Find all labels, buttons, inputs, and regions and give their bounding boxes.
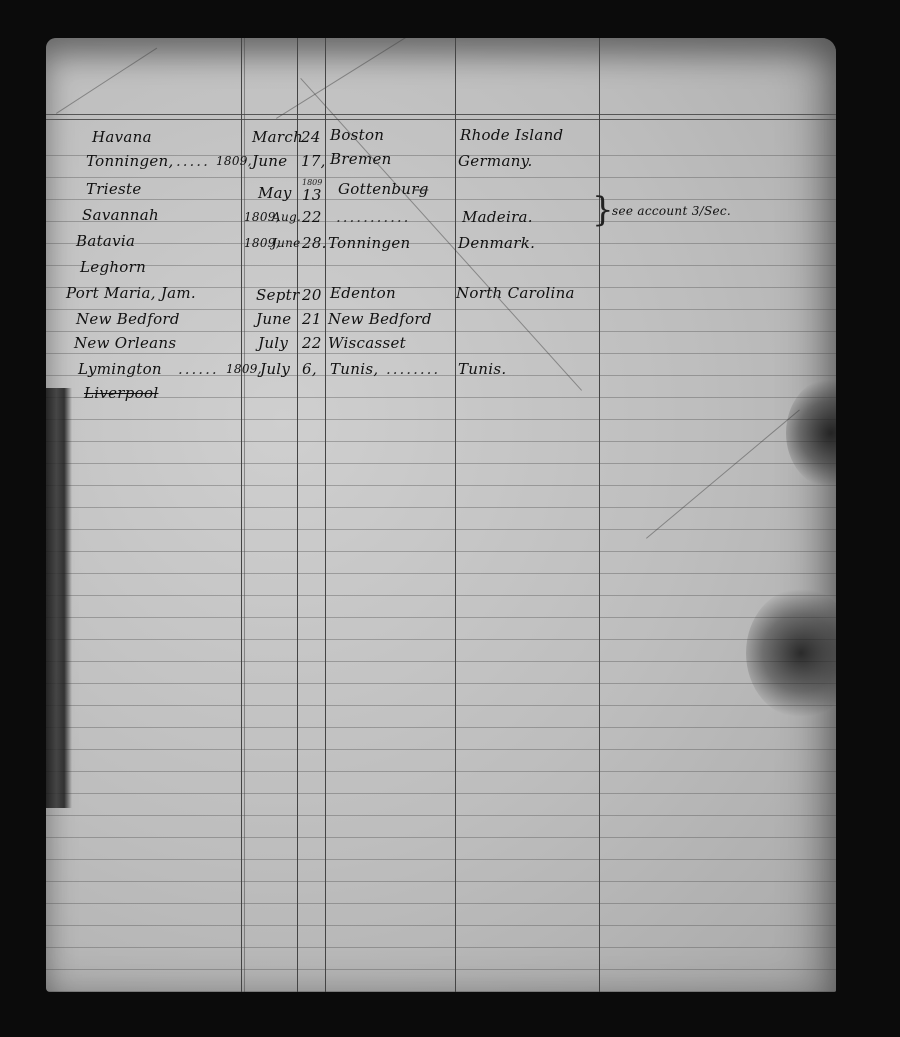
ledger-page: Havana March 24 Boston Rhode Island Tonn… [46,38,836,992]
column-rule-date-double [244,38,245,992]
diagonal-mark [56,48,157,114]
month-cell: Aug. [272,210,301,224]
day-cell: 6, [302,360,317,378]
day-cell: 21 [302,310,322,328]
region-cell: Rhode Island [460,126,563,144]
place-cell: Lymington [78,360,162,378]
header-rule [46,114,836,120]
day-cell: 17, [301,152,326,170]
leader-dots: ........... [336,208,410,226]
column-rule-port [325,38,326,992]
port-cell: Edenton [330,284,396,302]
year-cell: 1809, [216,154,252,168]
month-cell: July [258,334,288,352]
month-cell: Septr [256,286,299,304]
place-cell: Batavia [76,232,135,250]
month-cell: May [258,184,292,202]
place-cell: Tonningen, [86,152,174,170]
column-rule-day [297,38,298,992]
column-rule-region [455,38,456,992]
month-cell: June [272,236,301,250]
port-cell: Wiscasset [328,334,406,352]
place-cell: Havana [92,128,152,146]
month-cell: March [252,128,303,146]
day-cell: 20 [302,286,322,304]
region-cell: Madeira. [462,208,533,226]
place-cell: Leghorn [80,258,146,276]
region-cell: Tunis. [458,360,506,378]
month-cell: June [252,152,287,170]
day-cell: 22 [302,334,322,352]
leader-dots: ........ [386,360,440,378]
place-cell: Trieste [86,180,142,198]
place-cell: Savannah [82,206,159,224]
binding-strings [46,388,72,808]
brace-mark: } [592,190,614,230]
column-rule-date [241,38,242,992]
column-rule-remarks [599,38,600,992]
month-cell: June [256,310,291,328]
remarks-note: see account 3/Sec. [612,204,731,218]
leader-dots: ..... [176,152,210,170]
day-cell: 22 [302,208,322,226]
month-cell: July [260,360,290,378]
region-cell: Denmark. [458,234,535,252]
place-cell: New Bedford [76,310,180,328]
place-cell: New Orleans [74,334,176,352]
port-cell: Bremen [330,150,392,168]
year-cell: 1809, [226,362,262,376]
place-cell-struck: Liverpool [84,384,158,402]
day-cell: 13 [302,186,322,204]
place-cell: Port Maria, Jam. [66,284,196,302]
port-cell: Boston [330,126,384,144]
port-cell: Tunis, [330,360,378,378]
leader-dash: — [414,180,431,198]
port-cell: New Bedford [328,310,432,328]
region-cell: Germany. [458,152,533,170]
port-cell: Tonningen [328,234,411,252]
leader-dots: ...... [178,360,219,378]
ruled-lines [46,134,836,992]
region-cell: North Carolina [456,284,575,302]
day-cell: 24 [301,128,321,146]
day-cell: 28. [302,234,327,252]
